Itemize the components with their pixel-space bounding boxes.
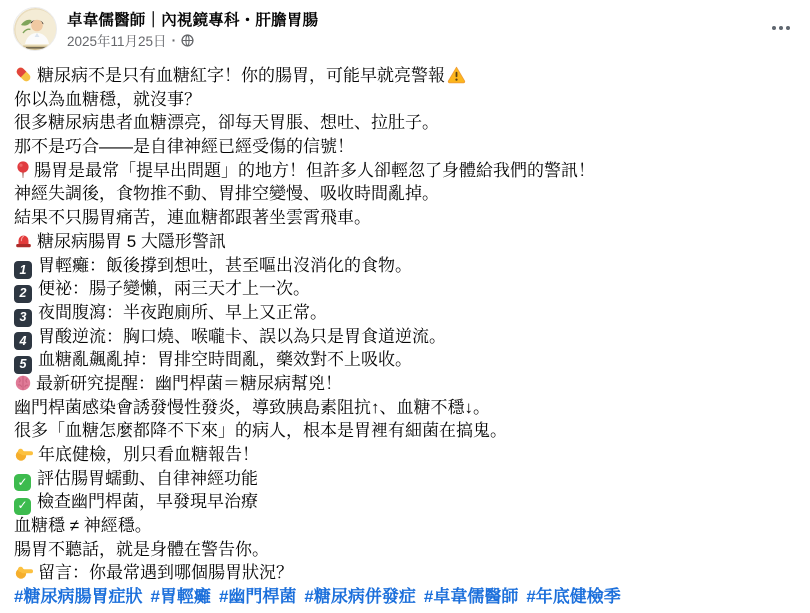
post-text-line: 最新研究提醒：幽門桿菌＝糖尿病幫兇！ (14, 372, 804, 396)
post-line-text: 便祕：腸子變懶，兩三天才上一次。 (38, 279, 310, 298)
post-text-line: 神經失調後，食物推不動、胃排空變慢、吸收時間亂掉。 (14, 182, 804, 206)
post-text-line: 腸胃不聽話，就是身體在警告你。 (14, 538, 804, 562)
page-name-link[interactable]: 卓韋儒醫師｜內視鏡專科・肝膽胃腸 (67, 8, 318, 30)
post-line-text: 那不是巧合——是自律神經已經受傷的信號！ (14, 137, 354, 156)
post-line-text: 胃輕癱：飯後撐到想吐，甚至嘔出沒消化的食物。 (38, 256, 412, 275)
post-line-text: 血糖亂飆亂掉：胃排空時間亂，藥效對不上吸收。 (38, 350, 412, 369)
post-header: 卓韋儒醫師｜內視鏡專科・肝膽胃腸 2025年11月25日 · (0, 0, 810, 62)
check-mark-icon: ✓ (14, 474, 31, 491)
post-text-line: 2便祕：腸子變懶，兩三天才上一次。 (14, 277, 804, 301)
post-text-line: 那不是巧合——是自律神經已經受傷的信號！ (14, 135, 804, 159)
point-right-icon (14, 444, 34, 463)
post-line-text: 很多「血糖怎麼都降不下來」的病人，根本是胃裡有細菌在搞鬼。 (14, 421, 507, 440)
post-text-line: ✓檢查幽門桿菌，早發現早治療 (14, 490, 804, 514)
post-line-text: 血糖穩 ≠ 神經穩。 (14, 516, 152, 535)
post-text-line: 腸胃是最常「提早出問題」的地方！但許多人卻輕忽了身體給我們的警訊！ (14, 159, 804, 183)
hashtag-link[interactable]: #年底健檢季 (526, 587, 620, 606)
post-body: 糖尿病不是只有血糖紅字！你的腸胃，可能早就亮警報 你以為血糖穩，就沒事？ 很多糖… (14, 64, 804, 609)
post-text-line: 5血糖亂飆亂掉：胃排空時間亂，藥效對不上吸收。 (14, 348, 804, 372)
post-line-text: 評估腸胃蠕動、自律神經功能 (37, 469, 258, 488)
hashtag-link[interactable]: #糖尿病併發症 (304, 587, 415, 606)
post-line-text: 留言：你最常遇到哪個腸胃狀況？ (38, 563, 293, 582)
post-line-text: 你以為血糖穩，就沒事？ (14, 90, 201, 109)
post-text-line: ✓評估腸胃蠕動、自律神經功能 (14, 467, 804, 491)
post-line-text: 檢查幽門桿菌，早發現早治療 (37, 492, 258, 511)
doctor-avatar-image (14, 8, 57, 51)
hashtag-row: #糖尿病腸胃症狀#胃輕癱#幽門桿菌#糖尿病併發症#卓韋儒醫師#年底健檢季 (14, 585, 804, 609)
post-meta: 2025年11月25日 · (67, 30, 194, 50)
page-avatar[interactable] (13, 7, 57, 51)
hashtag-link[interactable]: #胃輕癱 (150, 587, 210, 606)
round-pushpin-icon (14, 160, 32, 179)
post-line-text: 糖尿病不是只有血糖紅字！你的腸胃，可能早就亮警報 (37, 66, 445, 85)
post-line-text: 腸胃是最常「提早出問題」的地方！但許多人卻輕忽了身體給我們的警訊！ (34, 161, 595, 180)
post-text-line: 年底健檢，別只看血糖報告！ (14, 443, 804, 467)
check-mark-icon: ✓ (14, 498, 31, 515)
post-text-line: 留言：你最常遇到哪個腸胃狀況？ (14, 561, 804, 585)
post-line-text: 幽門桿菌感染會誘發慢性發炎，導致胰島素阻抗↑、血糖不穩↓。 (14, 398, 490, 417)
post-text-line: 很多糖尿病患者血糖漂亮，卻每天胃脹、想吐、拉肚子。 (14, 111, 804, 135)
post-line-text: 夜間腹瀉：半夜跑廁所、早上又正常。 (38, 303, 327, 322)
post-line-text: 糖尿病腸胃 5 大隱形警訊 (37, 232, 226, 251)
hashtag-link[interactable]: #幽門桿菌 (219, 587, 296, 606)
post-line-text: 胃酸逆流：胸口燒、喉嚨卡、誤以為只是胃食道逆流。 (38, 327, 446, 346)
pill-icon (14, 65, 33, 84)
point-right-icon (14, 562, 34, 581)
post-text-line: 4胃酸逆流：胸口燒、喉嚨卡、誤以為只是胃食道逆流。 (14, 325, 804, 349)
post-text-line: 糖尿病不是只有血糖紅字！你的腸胃，可能早就亮警報 (14, 64, 804, 88)
post-text-line: 幽門桿菌感染會誘發慢性發炎，導致胰島素阻抗↑、血糖不穩↓。 (14, 396, 804, 420)
post-text-line: 3夜間腹瀉：半夜跑廁所、早上又正常。 (14, 301, 804, 325)
post-line-text: 神經失調後，食物推不動、胃排空變慢、吸收時間亂掉。 (14, 184, 439, 203)
brain-icon (14, 374, 32, 392)
post-text-line: 你以為血糖穩，就沒事？ (14, 88, 804, 112)
warning-icon (447, 65, 466, 84)
police-light-icon (14, 231, 33, 250)
post-timestamp[interactable]: 2025年11月25日 (67, 30, 167, 50)
post-text-line: 很多「血糖怎麼都降不下來」的病人，根本是胃裡有細菌在搞鬼。 (14, 419, 804, 443)
hashtag-link[interactable]: #卓韋儒醫師 (424, 587, 518, 606)
post-line-text: 結果不只腸胃痛苦，連血糖都跟著坐雲霄飛車。 (14, 208, 371, 227)
globe-privacy-icon (181, 34, 194, 47)
post-text-line: 1胃輕癱：飯後撐到想吐，甚至嘔出沒消化的食物。 (14, 254, 804, 278)
hashtag-link[interactable]: #糖尿病腸胃症狀 (14, 587, 142, 606)
more-options-button[interactable] (768, 20, 794, 36)
post-text-line: 血糖穩 ≠ 神經穩。 (14, 514, 804, 538)
meta-separator: · (172, 33, 177, 48)
post-line-text: 腸胃不聽話，就是身體在警告你。 (14, 540, 269, 559)
post-text-line: 糖尿病腸胃 5 大隱形警訊 (14, 230, 804, 254)
post-line-text: 最新研究提醒：幽門桿菌＝糖尿病幫兇！ (36, 374, 342, 393)
post-line-text: 很多糖尿病患者血糖漂亮，卻每天胃脹、想吐、拉肚子。 (14, 113, 439, 132)
post-line-text: 年底健檢，別只看血糖報告！ (38, 445, 259, 464)
post-text-line: 結果不只腸胃痛苦，連血糖都跟著坐雲霄飛車。 (14, 206, 804, 230)
